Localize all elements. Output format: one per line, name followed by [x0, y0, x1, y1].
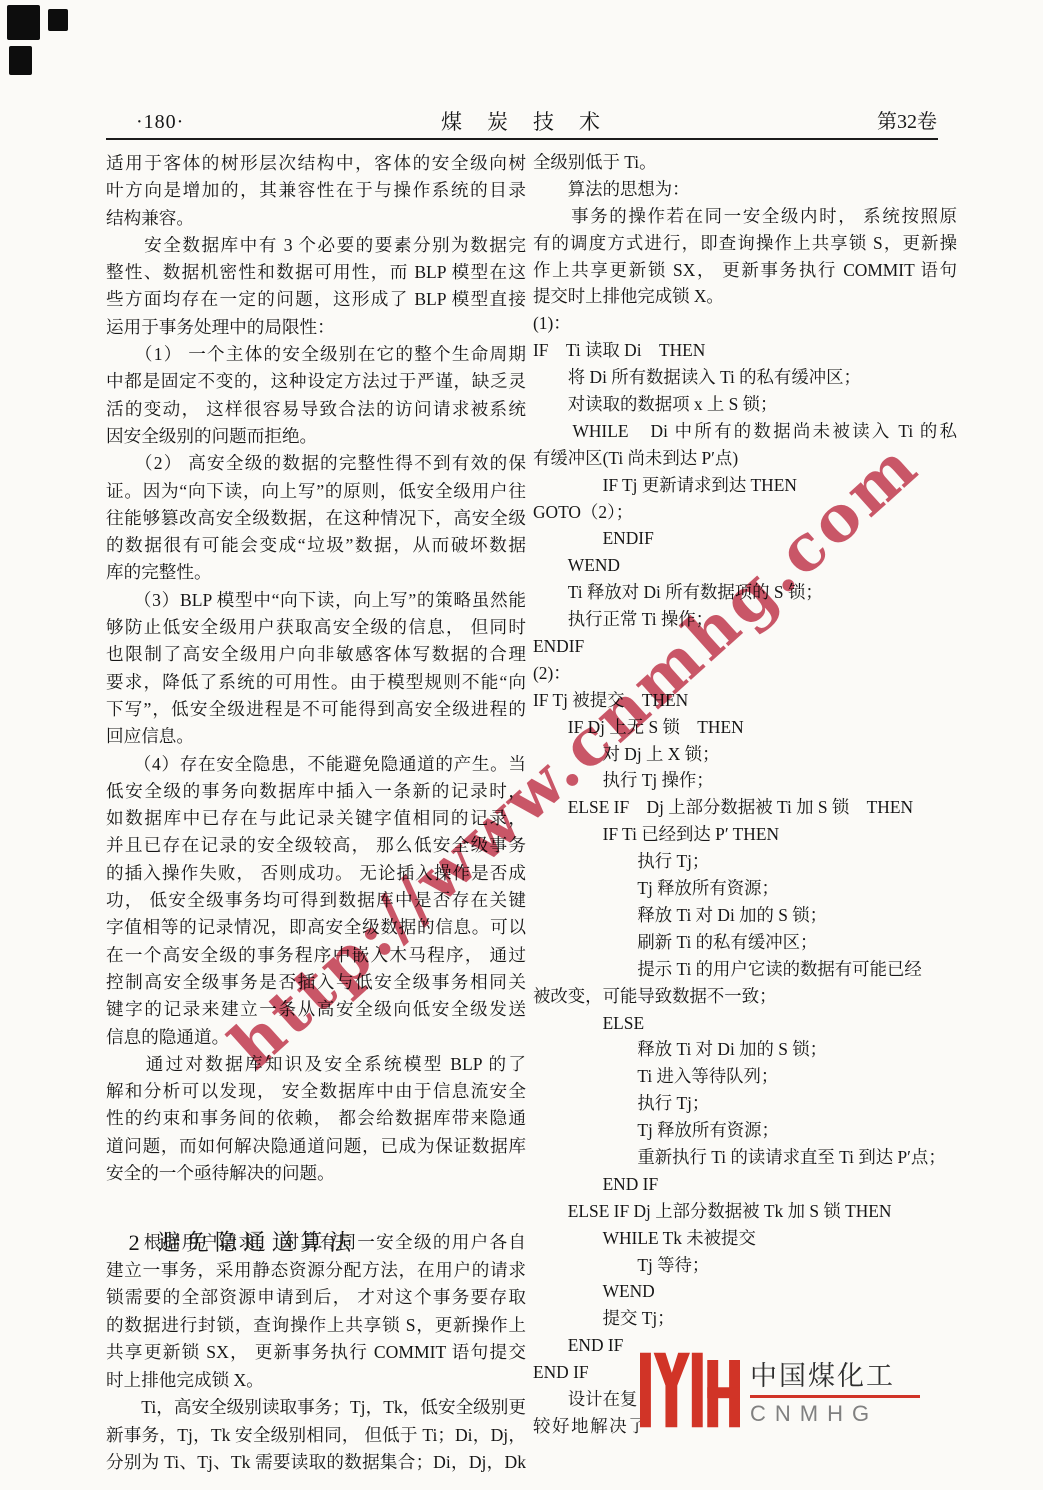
- text-line: 对 Dj 上 X 锁；: [533, 741, 957, 768]
- text-line: 的插入操作失败， 否则成功。 无论插入操作是否成: [106, 860, 526, 887]
- text-line: Tj 等待；: [533, 1252, 957, 1279]
- text-line: （2） 高安全级的数据的完整性得不到有效的保: [106, 450, 526, 477]
- text-line: 结构兼容。: [106, 205, 526, 232]
- text-line: 键字的记录来建立一条从高安全级向低安全级发送: [106, 996, 526, 1023]
- text-line: 整性、数据机密性和数据可用性，而 BLP 模型在这: [106, 259, 526, 286]
- text-line: 功， 低安全级事务均可得到数据库中是否存在关键: [106, 887, 526, 914]
- text-line: 的数据很有可能会变成“垃圾”数据，从而破坏数据: [106, 532, 526, 559]
- text-line: 建立一事务，采用静态资源分配方法，在用户的请求: [106, 1257, 526, 1285]
- text-line: 下写”，低安全级进程是不可能得到高安全级进程的: [106, 696, 526, 723]
- text-line: (1)：: [533, 310, 957, 337]
- text-line: 些方面均存在一定的问题，这形成了 BLP 模型直接: [106, 286, 526, 313]
- text-line: ELSE IF Dj 上部分数据被 Ti 加 S 锁 THEN: [533, 794, 957, 821]
- text-line: 释放 Ti 对 Di 加的 S 锁；: [533, 1036, 957, 1063]
- text-line: IF Tj 被提交 THEN: [533, 687, 957, 714]
- section-heading: 2避免隐通道算法: [106, 1189, 526, 1225]
- scan-artifact-blot: [9, 46, 32, 75]
- left-column-body-2: 根据用户请求， 对具有同一安全级的用户各自建立一事务，采用静态资源分配方法，在用…: [106, 1229, 526, 1477]
- text-line: ELSE: [533, 1010, 957, 1037]
- scan-artifact-blot: [48, 9, 68, 31]
- text-line: IF Tj 更新请求到达 THEN: [533, 472, 957, 499]
- text-line: ELSE IF Dj 上部分数据被 Tk 加 S 锁 THEN: [533, 1198, 957, 1225]
- text-line: Ti 进入等待队列；: [533, 1063, 957, 1090]
- text-line: GOTO（2）；: [533, 499, 957, 526]
- text-line: 分别为 Ti、Tj、Tk 需要读取的数据集合；Di，Dj，Dk 安: [106, 1449, 526, 1477]
- text-line: 低安全级的事务向数据库中插入一条新的记录时，: [106, 778, 526, 805]
- text-line: WHILE Tk 未被提交: [533, 1225, 957, 1252]
- text-line: 安全数据库中有 3 个必要的要素分别为数据完: [106, 232, 526, 259]
- text-line: 适用于客体的树形层次结构中，客体的安全级向树: [106, 150, 526, 177]
- cnmhg-logo: 中国煤化工 CNMHG: [640, 1342, 958, 1438]
- text-line: WEND: [533, 1278, 957, 1305]
- text-line: （4）存在安全隐患，不能避免隐通道的产生。当: [106, 751, 526, 778]
- text-line: Tj 释放所有资源；: [533, 1117, 957, 1144]
- logo-company-name-cn: 中国煤化工: [750, 1354, 920, 1393]
- text-line: （3）BLP 模型中“向下读，向上写”的策略虽然能: [106, 587, 526, 614]
- text-line: 事务的操作若在同一安全级内时， 系统按照原: [533, 203, 957, 230]
- text-line: 叶方向是增加的，其兼容性在于与操作系统的目录: [106, 177, 526, 204]
- text-line: 新事务，Tj，Tk 安全级别相同， 但低于 Ti；Di，Dj，Dk: [106, 1422, 526, 1450]
- text-line: 库的完整性。: [106, 559, 526, 586]
- text-line: 往能够篡改高安全级数据，在这种情况下，高安全级: [106, 505, 526, 532]
- header-rule: [106, 138, 938, 140]
- text-line: 安全的一个亟待解决的问题。: [106, 1160, 526, 1187]
- text-line: 中都是固定不变的，这种设定方法过于严谨，缺乏灵: [106, 368, 526, 395]
- text-line: 刷新 Ti 的私有缓冲区；: [533, 929, 957, 956]
- text-line: 释放 Ti 对 Di 加的 S 锁；: [533, 902, 957, 929]
- scanned-journal-page: { "header": { "page_number": "·180·", "j…: [0, 0, 1043, 1490]
- volume-label: 第32卷: [877, 108, 937, 136]
- text-line: 有缓冲区(Ti 尚未到达 P′点): [533, 445, 957, 472]
- logo-text-block: 中国煤化工 CNMHG: [750, 1354, 920, 1427]
- text-line: 提示 Ti 的用户它读的数据有可能已经: [533, 956, 957, 983]
- logo-underline: [750, 1395, 920, 1398]
- text-line: 性的约束和事务间的依赖， 都会给数据库带来隐通: [106, 1105, 526, 1132]
- text-line: 重新执行 Ti 的读请求直至 Ti 到达 P′点；: [533, 1144, 957, 1171]
- text-line: 根据用户请求， 对具有同一安全级的用户各自: [106, 1229, 526, 1257]
- text-line: 并且已存在记录的安全级较高， 那么低安全级事务: [106, 832, 526, 859]
- text-line: WHILE Di 中所有的数据尚未被读入 Ti 的私: [533, 418, 957, 445]
- text-line: Tj 释放所有资源；: [533, 875, 957, 902]
- text-line: 字值相等的记录情况，即高安全级数据的信息。可以: [106, 914, 526, 941]
- text-line: 对读取的数据项 x 上 S 锁；: [533, 391, 957, 418]
- text-line: 时上排他完成锁 X。: [106, 1367, 526, 1395]
- text-line: ENDIF: [533, 525, 957, 552]
- text-line: 执行 Tj；: [533, 848, 957, 875]
- text-line: 的数据进行封锁，查询操作上共享锁 S，更新操作上: [106, 1312, 526, 1340]
- left-column-body: 适用于客体的树形层次结构中，客体的安全级向树叶方向是增加的，其兼容性在于与操作系…: [106, 150, 526, 1187]
- text-line: 信息的隐通道。: [106, 1024, 526, 1051]
- text-line: 共享更新锁 SX， 更新事务执行 COMMIT 语句提交: [106, 1339, 526, 1367]
- text-line: 作上共享更新锁 SX， 更新事务执行 COMMIT 语句: [533, 257, 957, 284]
- text-line: END IF: [533, 1171, 957, 1198]
- text-line: 如数据库中已存在与此记录关键字值相同的记录，: [106, 805, 526, 832]
- text-line: 回应信息。: [106, 723, 526, 750]
- right-column: 全级别低于 Ti。 算法的思想为： 事务的操作若在同一安全级内时， 系统按照原有…: [533, 149, 957, 1440]
- text-line: 道问题，而如何解决隐通道问题，已成为保证数据库: [106, 1133, 526, 1160]
- cnmhg-monogram-icon: [640, 1349, 740, 1431]
- text-line: 算法的思想为：: [533, 176, 957, 203]
- text-line: 执行 Tj；: [533, 1090, 957, 1117]
- text-line: ENDIF: [533, 633, 957, 660]
- text-line: 也限制了高安全级用户向非敏感客体写数据的合理: [106, 641, 526, 668]
- text-line: 证。因为“向下读，向上写”的原则，低安全级用户往: [106, 478, 526, 505]
- text-line: WEND: [533, 552, 957, 579]
- text-line: IF Ti 已经到达 P′ THEN: [533, 821, 957, 848]
- left-column: 适用于客体的树形层次结构中，客体的安全级向树叶方向是增加的，其兼容性在于与操作系…: [106, 150, 526, 1477]
- text-line: IF Dj 上无 S 锁 THEN: [533, 714, 957, 741]
- text-line: 控制高安全级事务是否插入与低安全级事务相同关: [106, 969, 526, 996]
- text-line: 将 Di 所有数据读入 Ti 的私有缓冲区；: [533, 364, 957, 391]
- text-line: 够防止低安全级用户获取高安全级的信息， 但同时: [106, 614, 526, 641]
- text-line: 活的变动， 这样很容易导致合法的访问请求被系统: [106, 396, 526, 423]
- logo-company-name-en: CNMHG: [750, 1401, 920, 1427]
- text-line: 全级别低于 Ti。: [533, 149, 957, 176]
- right-column-body: 全级别低于 Ti。 算法的思想为： 事务的操作若在同一安全级内时， 系统按照原有…: [533, 149, 957, 1440]
- text-line: 因安全级别的问题而拒绝。: [106, 423, 526, 450]
- text-line: Ti，高安全级别读取事务；Tj，Tk，低安全级别更: [106, 1394, 526, 1422]
- text-line: （1） 一个主体的安全级别在它的整个生命周期: [106, 341, 526, 368]
- text-line: Ti 释放对 Di 所有数据项的 S 锁；: [533, 579, 957, 606]
- text-line: 被改变，可能导致数据不一致；: [533, 983, 957, 1010]
- text-line: 在一个高安全级的事务程序中嵌入木马程序， 通过: [106, 942, 526, 969]
- text-line: 通过对数据库知识及安全系统模型 BLP 的了: [106, 1051, 526, 1078]
- text-line: 提交 Tj；: [533, 1305, 957, 1332]
- text-line: 有的调度方式进行，即查询操作上共享锁 S，更新操: [533, 230, 957, 257]
- text-line: 要求，降低了系统的可用性。由于模型规则不能“向: [106, 669, 526, 696]
- text-line: 锁需要的全部资源申请到后， 才对这个事务要存取: [106, 1284, 526, 1312]
- text-line: 提交时上排他完成锁 X。: [533, 283, 957, 310]
- text-line: 执行正常 Ti 操作；: [533, 606, 957, 633]
- text-line: (2)：: [533, 660, 957, 687]
- text-line: 执行 Tj 操作；: [533, 767, 957, 794]
- text-line: 运用于事务处理中的局限性：: [106, 314, 526, 341]
- text-line: IF Ti 读取 Di THEN: [533, 337, 957, 364]
- text-line: 解和分析可以发现， 安全数据库中由于信息流安全: [106, 1078, 526, 1105]
- scan-artifact-blot: [7, 5, 40, 40]
